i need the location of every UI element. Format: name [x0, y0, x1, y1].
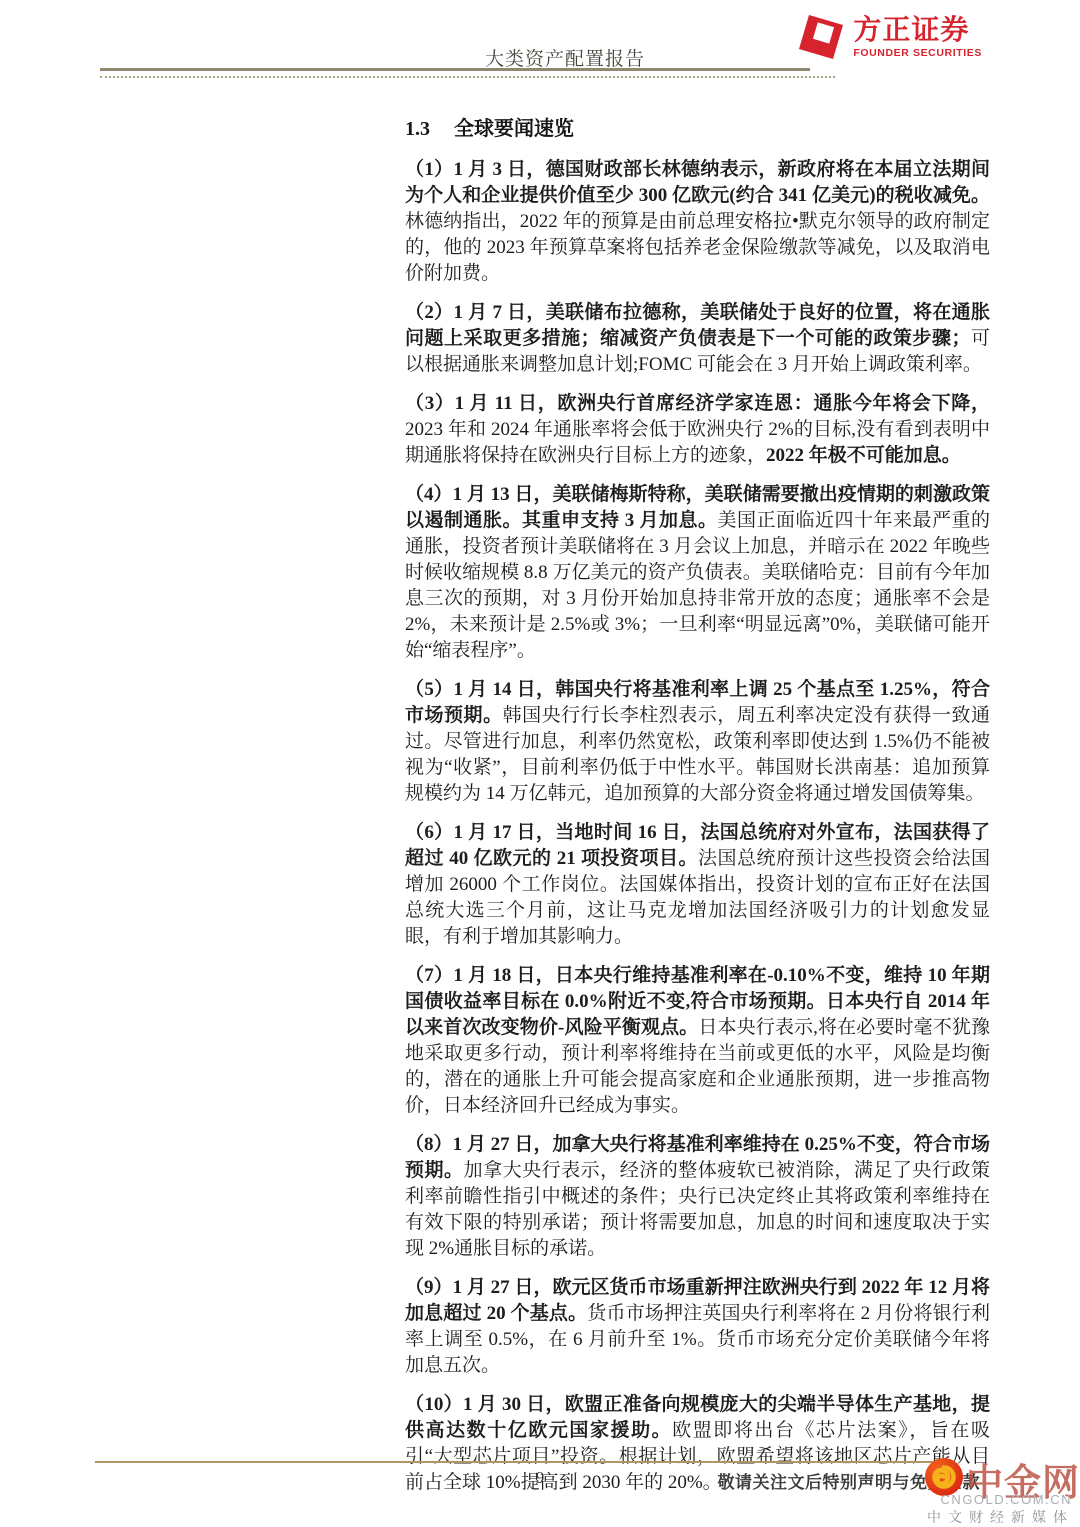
news-item: （3）1 月 11 日，欧洲央行首席经济学家连恩：通胀今年将会下降，2023 年…	[405, 391, 990, 469]
news-item-text: 美国正面临近四十年来最严重的通胀，投资者预计美联储将在 3 月会议上加息，并暗示…	[405, 510, 990, 661]
section-title: 全球要闻速览	[454, 118, 574, 140]
news-item: （2）1 月 7 日，美联储布拉德称，美联储处于良好的位置，将在通胀问题上采取更…	[405, 300, 990, 378]
news-item: （1）1 月 3 日，德国财政部长林德纳表示，新政府将在本届立法期间为个人和企业…	[405, 157, 990, 287]
news-item: （7）1 月 18 日，日本央行维持基准利率在-0.10%不变，维持 10 年期…	[405, 963, 990, 1119]
news-item-lead: 2022 年极不可能加息。	[766, 445, 961, 466]
news-item: （4）1 月 13 日，美联储梅斯特称，美联储需要撤出疫情期的刺激政策以遏制通胀…	[405, 482, 990, 664]
report-page: 大类资产配置报告 方正证券 FOUNDER SECURITIES 1.3全球要闻…	[0, 0, 1080, 1527]
founder-logo-icon	[796, 12, 846, 62]
news-item: （8）1 月 27 日，加拿大央行将基准利率维持在 0.25%不变，符合市场预期…	[405, 1132, 990, 1262]
news-item-text: 林德纳指出，2022 年的预算是由前总理安格拉•默克尔领导的政府制定的，他的 2…	[405, 211, 990, 284]
founder-logo-cn: 方正证券	[853, 15, 982, 45]
report-body: 1.3全球要闻速览 （1）1 月 3 日，德国财政部长林德纳表示，新政府将在本届…	[405, 112, 990, 1509]
founder-logo-text: 方正证券 FOUNDER SECURITIES	[853, 15, 982, 59]
news-item-lead: （1）1 月 3 日，德国财政部长林德纳表示，新政府将在本届立法期间为个人和企业…	[405, 159, 990, 206]
footer-divider	[95, 1461, 933, 1463]
cngold-tagline: 中文财经新媒体	[927, 1507, 1074, 1527]
section-number: 1.3	[405, 118, 430, 140]
section-heading: 1.3全球要闻速览	[405, 112, 990, 141]
news-item-lead: （2）1 月 7 日，美联储布拉德称，美联储处于良好的位置，将在通胀问题上采取更…	[405, 302, 990, 349]
news-item: （6）1 月 17 日，当地时间 16 日，法国总统府对外宣布，法国获得了超过 …	[405, 820, 990, 950]
header-divider-solid	[100, 68, 810, 71]
news-item: （5）1 月 14 日，韩国央行将基准利率上调 25 个基点至 1.25%，符合…	[405, 677, 990, 807]
news-item-lead: （3）1 月 11 日，欧洲央行首席经济学家连恩：通胀今年将会下降，	[405, 393, 990, 414]
news-item-text: 加拿大央行表示，经济的整体疲软已被消除，满足了央行政策利率前瞻性指引中概述的条件…	[405, 1160, 990, 1259]
footer-disclaimer: 敬请关注文后特别声明与免责条款	[718, 1468, 981, 1493]
news-list: （1）1 月 3 日，德国财政部长林德纳表示，新政府将在本届立法期间为个人和企业…	[405, 157, 990, 1496]
news-item: （9）1 月 27 日，欧元区货币市场重新押注欧洲央行到 2022 年 12 月…	[405, 1275, 990, 1379]
founder-securities-logo: 方正证券 FOUNDER SECURITIES	[796, 12, 982, 62]
founder-logo-en: FOUNDER SECURITIES	[853, 47, 982, 59]
header-divider-dotted	[100, 76, 835, 78]
